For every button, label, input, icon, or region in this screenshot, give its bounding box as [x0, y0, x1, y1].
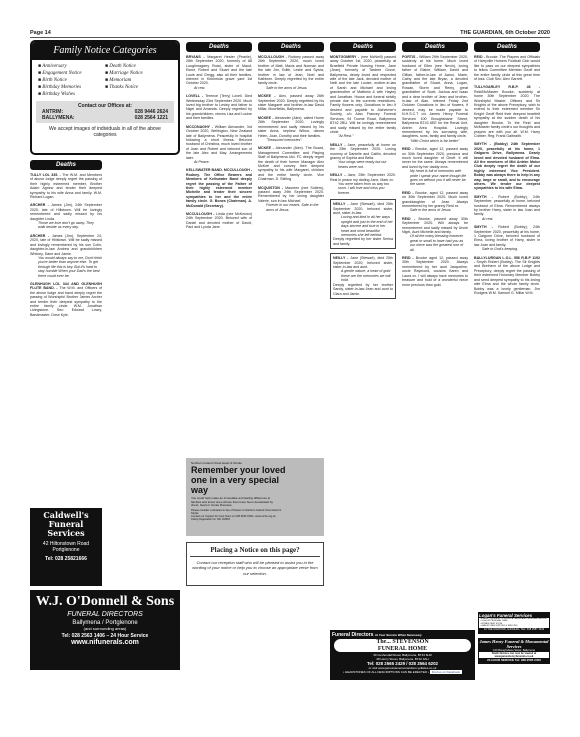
notice-after: Deeply regretted by her brother Sandy, s… [333, 283, 393, 296]
notice-name: SMYTH - [474, 225, 498, 229]
deaths-column-2 [108, 160, 180, 500]
notice: REID - Brooke, aged 12, passed away on 3… [402, 191, 468, 213]
notice-verse: You were taken from us way too soon. I w… [330, 182, 396, 195]
notice-name: REID - [402, 217, 419, 221]
section-band: Deaths [402, 42, 468, 52]
category-item: Birthday Memories [38, 85, 105, 90]
notice-text: Margaret Hester (Pearlie), 28th Septembe… [186, 55, 252, 85]
ad-subtitle: FUNERAL DIRECTORS [30, 611, 180, 618]
deaths-column-6: DeathsPORTIS - William 29th September 20… [402, 42, 468, 582]
notice-name: REID - [402, 256, 416, 260]
notice-text: (Bobby) 24th September 2020, peacefully … [474, 142, 540, 190]
notice: SMYTH - Robert (Bobby), 24th September, … [474, 195, 540, 221]
section-band: Deaths [186, 42, 252, 52]
notice: ARCHER - James (Jim), September 24, 2020… [30, 234, 102, 278]
notice: LOVELL - Terence (Terry) Lovell. Died We… [186, 94, 252, 120]
category-item: Anniversary [38, 64, 105, 69]
notice-name: NEILLY - [330, 173, 348, 177]
family-notice-categories: Family Notice Categories AnniversaryDeat… [30, 40, 180, 155]
notice-verse: A gentle nature, a heart of gold these a… [333, 269, 393, 282]
notice-text: The W.M. and Officers of the above lodge… [30, 286, 102, 316]
notice-name: MCCONAGHY - [186, 125, 215, 129]
notice-text: William 29th September 2020, suddenly at… [402, 55, 468, 138]
notice-name: REID - [474, 55, 486, 59]
notice-name: BRYANS - [186, 55, 207, 59]
notice-text: William Alexander, 3rd October 2020, Wel… [186, 125, 252, 160]
notice-text: Alexander (Alex). The Board, Management … [258, 146, 324, 181]
newspaper-page: Page 14 THE GUARDIAN, 6th October 2020 F… [30, 30, 550, 680]
notice-name: KELLSWATER BAND. MCCULLOUGH - [186, 168, 252, 172]
notice-verse: At rest. [474, 217, 540, 221]
notice: MCCULLOUGH - Linda (nee McKeown) 24th Se… [186, 212, 252, 230]
ad-title: Caldwell's Funeral Services [30, 511, 102, 538]
notice-name: ARCHER - [30, 203, 51, 207]
notice-after: Deeply regretted by her sister Serina an… [333, 237, 393, 246]
ad-address: 42 Hiltonstown Road Portglenone [30, 541, 102, 553]
notice-text: Rodney. The Office Bearers and Members o… [186, 173, 252, 208]
facebook-icon[interactable]: Find us on Facebook [430, 670, 462, 674]
notice: REID - Brooke, passed away 30th Septembe… [402, 217, 468, 252]
notice-name: SMYTH - [474, 142, 494, 146]
notice-name: NEILLY - [333, 202, 350, 206]
category-item: Thanks Notice [105, 85, 172, 90]
notice-name: MCKEE - [258, 94, 279, 98]
notice: MCCULLOUGH - Rodney passed away 26th Sep… [258, 55, 324, 90]
ad-address: 12 THE DIAMOND, AHOGHILL [484, 628, 520, 631]
notice: NEILLY - Jane (Stewart), died 25th Septe… [330, 253, 396, 299]
section-band: Deaths [474, 42, 540, 52]
notice-name: MCCULLOUGH - [186, 212, 216, 216]
ad-phone: TEL: 028 2587 1443 [521, 628, 545, 631]
office-phone: 028 2564 1221 [135, 115, 168, 121]
ad-headstones: • HEADSTONES OF ALL DESCRIPTIONS CAN BE … [343, 670, 429, 674]
section-band: Deaths [30, 160, 102, 170]
notice-verse: My heart is full of memories with pride … [402, 169, 468, 187]
category-item: Birthday Wishes [38, 92, 105, 97]
notice-verse: At Peace. [186, 160, 252, 164]
section-band: Deaths [258, 42, 324, 52]
page-number: Page 14 [30, 30, 51, 36]
notice-text: Reid/McMaster Brooke, suddenly at home 3… [474, 90, 540, 138]
notice: REID - Brooke aged 12, passed away 30th … [402, 256, 468, 287]
category-item: Death Notice [105, 64, 172, 69]
notice-name: MCKEE - [258, 116, 275, 120]
notice-name: MCKEE - [258, 146, 276, 150]
notice: KELLSWATER BAND. MCCULLOUGH - Rodney. Th… [186, 168, 252, 208]
ad-website-link[interactable]: www.nifunerals.com [30, 639, 180, 646]
notice: SMYTH - (Bobby) 24th September 2020, pea… [474, 142, 540, 190]
notice: REID - Brooke, aged 12, passed away on 3… [402, 147, 468, 187]
deaths-column-5: DeathsMONTGOMERY - (nee McNeill) passed … [330, 42, 396, 582]
ad-name: FUNERAL HOME [334, 646, 471, 653]
notice-text: Brooke. The Players and Officials of Har… [474, 55, 540, 81]
deaths-column-7: DeathsREID - Brooke. The Players and Off… [474, 42, 540, 602]
notice: NEILLY - Jane, 25th September 2020. Rest… [330, 173, 396, 195]
category-item: Marriage Notice [105, 71, 172, 76]
placing-body: Contact our reception staff who will be … [190, 560, 320, 576]
notice-name: NEILLY - [333, 256, 350, 260]
office-name: BALLYMENA: [42, 115, 75, 121]
notice-name: MONTGOMERY - [330, 55, 361, 59]
placing-title: Placing a Notice on this page? [190, 546, 320, 557]
notice-text: Smyth Robert (Bobby). The Sir Knights an… [474, 260, 540, 295]
notice: MCKEE - Alex, passed away 26th September… [258, 94, 324, 112]
ad-headline: Remember your loved one in a very specia… [191, 465, 286, 495]
ad-title: James Henry Funeral & Monumental Service… [479, 639, 549, 649]
notice: REID - Brooke. The Players and Officials… [474, 55, 540, 81]
chest-heart-stroke-ad: Northern Ireland Chest Heart & Stroke Re… [186, 458, 324, 536]
notice: BALLYLURGAN L.O.L. 556 R.B.P 1192 - Smyt… [474, 256, 540, 296]
notice-name: MCCULLOUGH - [258, 55, 288, 59]
notice: SMYTH - Robert (Bobby), 24th September 2… [474, 225, 540, 251]
notice-verse: Your wings were ready but our hearts wer… [330, 160, 396, 169]
categories-title: Family Notice Categories [32, 42, 178, 60]
notice-name: ARCHER - [30, 234, 52, 238]
contact-offices: Contact our Offices at: ANTRIM:028 9446 … [36, 101, 174, 123]
notice-name: MCQUISTON - [258, 186, 285, 190]
notice: TULLYGARLEY R.B.P. 46 - Reid/McMaster Br… [474, 85, 540, 138]
stevenson-funeral-ad: Funeral Directors At Your Service When N… [330, 630, 475, 680]
logans-funeral-ad: Logan's Funeral Services • A FAMILY BUSI… [478, 612, 550, 634]
notice: MCKEE - Alexander (Alex). The Board, Man… [258, 146, 324, 181]
ad-phone: Tel: 028 25821666 [30, 556, 102, 562]
categories-footer: We accept images of individuals in all o… [32, 123, 178, 141]
notice-name: SMYTH - [474, 195, 498, 199]
notice: MCKEE - Alexander (Alex), called Home 26… [258, 116, 324, 142]
deaths-column-1: DeathsTULLY LOL 335. - The W.M. and Memb… [30, 160, 102, 500]
notice-text: The W.M. and Members of above lodge deep… [30, 173, 102, 199]
notice-name: LOVELL - [186, 94, 205, 98]
notice-name: REID - [402, 147, 415, 151]
notice-name: PORTIS - [402, 55, 419, 59]
notice: NEILLY - Jane, peacefully at home on the… [330, 143, 396, 169]
notice-verse: Those we love don't go away. They walk b… [30, 221, 102, 230]
ad-phone: 24 HOUR SERVICE Tel: 028 2565 2456 [479, 658, 549, 662]
notice-verse: "With Christ which is far better" [402, 139, 468, 143]
deaths-column-4: DeathsMCCULLOUGH - Rodney passed away 26… [258, 42, 324, 422]
notice-text: Terence (Terry) Lovell. Died Wednesday 2… [186, 94, 252, 120]
ad-bullets: • A FAMILY BUSINESS OFFERING A CARING AN… [479, 618, 549, 628]
category-item: Memoriam [105, 78, 172, 83]
notice: MCQUISTON - Maureen (nee Sutters), passe… [258, 186, 324, 212]
notice: MCCONAGHY - William Alexander, 3rd Octob… [186, 125, 252, 165]
notice-verse: Safe in the arms of Jesus. [402, 208, 468, 212]
notice-verse: Forever in our hearts. Safe in the arms … [258, 203, 324, 212]
ad-top-note: At Your Service When Necessary [375, 633, 422, 637]
notice-verse: Loving and kind in all her ways upright … [333, 215, 393, 237]
notice-name: REID - [402, 191, 415, 195]
odonnell-funeral-ad: W.J. O'Donnell & Sons FUNERAL DIRECTORS … [30, 590, 180, 670]
notice-name: TULLYGARLEY R.B.P. 46 - [474, 85, 540, 89]
notice-verse: At rest. [186, 86, 252, 90]
notice-name: NEILLY - [330, 143, 347, 147]
ad-top: Funeral Directors [332, 632, 373, 638]
section-band: Deaths [330, 42, 396, 52]
deaths-column-3: DeathsBRYANS - Margaret Hester (Pearlie)… [186, 42, 252, 422]
notice-text: Brooke aged 12, passed away 30th Septemb… [402, 256, 468, 286]
notice: MONTGOMERY - (nee McNeill) passed away O… [330, 55, 396, 139]
category-list: AnniversaryDeath NoticeEngagement Notice… [32, 60, 178, 101]
placing-notice-box: Placing a Notice on this page? Contact o… [186, 542, 324, 586]
notice-text: Rodney passed away 26th September 2020, … [258, 55, 324, 85]
notice-name: TULLY LOL 335. - [30, 173, 62, 177]
james-henry-funeral-ad: James Henry Funeral & Monumental Service… [478, 638, 550, 664]
notice: TULLY LOL 335. - The W.M. and Members of… [30, 173, 102, 199]
ad-areas-note: (and surrounding areas) [30, 626, 180, 631]
notice: NEILLY - Jane (Stewart), died 25th Septe… [330, 199, 396, 249]
ad-charity: Charity Registration No. NIC 103593 [191, 518, 281, 521]
notice-verse: "Treasured memories". [258, 138, 324, 142]
notice: BRYANS - Margaret Hester (Pearlie), 28th… [186, 55, 252, 90]
ad-body: You could help make an immediate and las… [191, 497, 281, 508]
notice-verse: "At Rest." [330, 134, 396, 138]
notice-verse: You would always say to me, Don't think … [30, 256, 102, 278]
page-header: Page 14 THE GUARDIAN, 6th October 2020 [30, 30, 550, 38]
notice-text: (nee McNeill) passed away October 1st, 2… [330, 55, 396, 134]
notice: GLENHUGH LOL 344 AND GLENHUGH FLUTE BAND… [30, 282, 102, 317]
notice: PORTIS - William 29th September 2020, su… [402, 55, 468, 143]
paper-date: THE GUARDIAN, 6th October 2020 [460, 30, 550, 36]
notice-verse: Safe in the arms of Jesus. [258, 86, 324, 90]
notice-verse: Of all the many blessing however great o… [402, 234, 468, 252]
caldwell-funeral-ad: Caldwell's Funeral Services 42 Hiltonsto… [30, 508, 102, 586]
notice: ARCHER - James (Jim), 24th September 202… [30, 203, 102, 229]
ad-title: W.J. O'Donnell & Sons [30, 594, 180, 609]
notice-verse: Safe in God's keeping. [474, 247, 540, 251]
category-item: Engagement Notice [38, 71, 105, 76]
category-item: Birth Notice [38, 78, 105, 83]
